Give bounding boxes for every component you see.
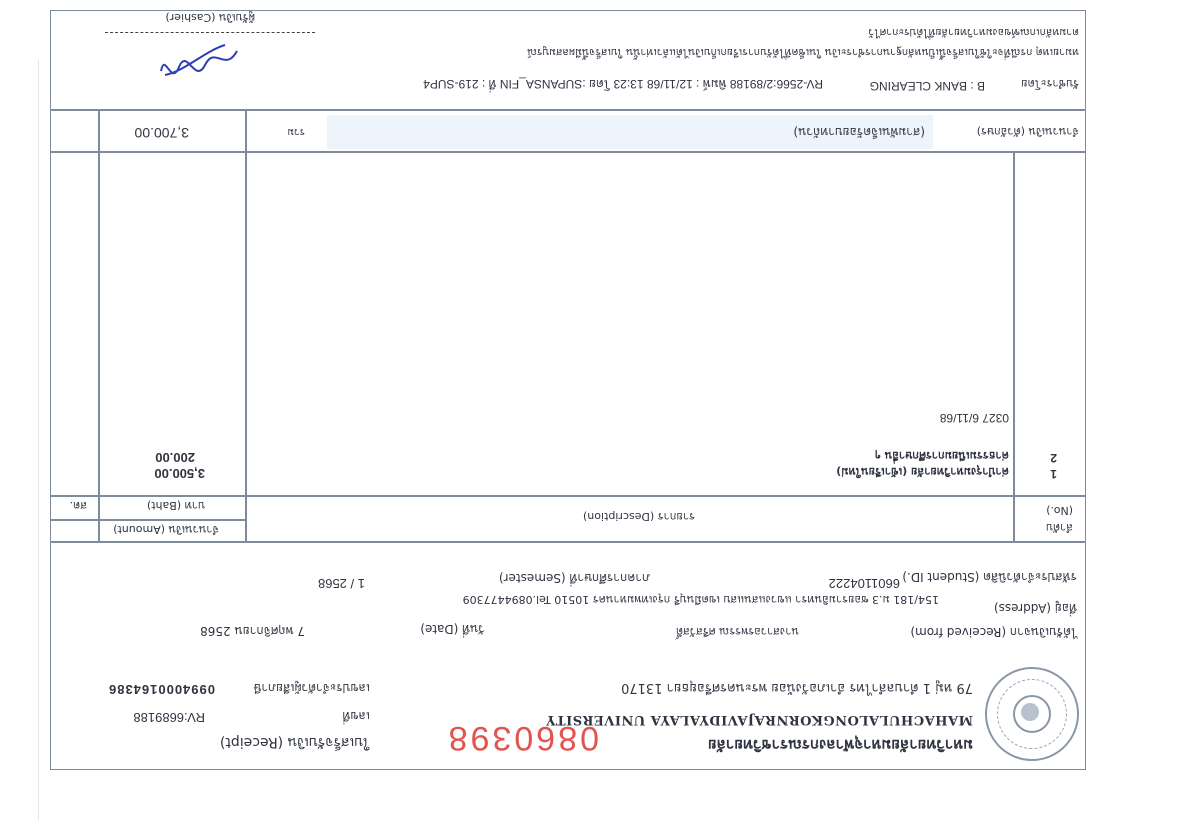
payment-method-label: รับชำระโดย [1021, 75, 1079, 93]
semester-value: 1 / 2568 [318, 576, 365, 591]
row-description: ค่าธรรมเนียมการศึกษาอื่น ๆ [875, 447, 1009, 465]
received-from-label: ได้รับเงินจาก (Received from) [910, 622, 1077, 641]
column-description: รายการ (Description) [583, 508, 695, 526]
receipt-sheet: มหาวิทยาลัยมหาจุฬาลงกรณราชวิทยาลัย 08603… [50, 10, 1086, 770]
column-satang: สต. [70, 497, 87, 515]
cashier-signature-icon [155, 37, 245, 81]
note-line-2: ตามหลักเกณฑ์ของมหาวิทยาลัยที่ได้ประกาศไว… [868, 24, 1079, 41]
column-no-th: ลำดับ [1046, 519, 1073, 537]
receipt-title: ใบเสร็จรับเงิน (Receipt) [220, 731, 370, 753]
student-id-value: 6601104222 [829, 576, 900, 591]
column-no-en: (No.) [1046, 504, 1073, 517]
payment-reference: RV-2566:2/89188 พิมพ์ : 12/11/68 13:23 โ… [423, 74, 823, 93]
total-value: 3,700.00 [135, 125, 190, 141]
column-amount: จำนวนเงิน (Amount) [113, 521, 219, 539]
column-baht: บาท (Baht) [147, 497, 205, 515]
row-amount: 200.00 [155, 450, 195, 465]
amount-in-words-label: จำนวนเงิน (ตัวอักษร) [977, 123, 1079, 141]
row-amount: 3,500.00 [154, 466, 205, 481]
semester-label: ภาคการศึกษาที่ (Semester) [499, 568, 650, 587]
payment-note: 0327 6/11/68 [940, 411, 1009, 425]
address-value: 154/181 ม.3 ซอยรามอินทรา แขวงแสนแสบ เขตม… [463, 591, 939, 609]
date-label: วันที่ (Date) [420, 619, 485, 638]
note-line-1: หมายเหตุ กรณีที่จะใช้ใบเสร็จนี้เป็นหลักฐ… [527, 44, 1079, 61]
university-seal-icon [985, 667, 1079, 761]
amount-in-words: (สามพันเจ็ดร้อยบาทถ้วน) [793, 122, 925, 141]
university-address: 79 หมู่ 1 ตำบลลำไทร อำเภอวังน้อย พระนครศ… [621, 678, 973, 699]
rotated-scan: มหาวิทยาลัยมหาจุฬาลงกรณราชวิทยาลัย 08603… [0, 0, 1190, 839]
received-from-value: นางสาวอรพรรณ ศรีสวัสดิ์ [676, 623, 799, 641]
cashier-label: ผู้รับเงิน (Cashier) [165, 9, 255, 27]
row-description: ค่าบำรุงมหาวิทยาลัย (เข้าเรียนใหม่) [836, 463, 1009, 481]
address-label: ที่อยู่ (Address) [994, 598, 1077, 617]
number-value: RV:6689188 [133, 710, 205, 725]
number-label: เลขที่ [342, 706, 370, 725]
university-name-th: มหาวิทยาลัยมหาจุฬาลงกรณราชวิทยาลัย [708, 733, 973, 757]
date-value: 7 พฤศจิกายน 2568 [200, 621, 305, 640]
total-label: รวม [287, 124, 305, 139]
university-name-en: MAHACHULALONGKORNRAJAVIDYALAYA UNIVERSIT… [546, 712, 973, 727]
payment-method-value: B : BANK CLEARING [870, 79, 985, 93]
signature-line [105, 32, 315, 33]
tax-id-value: 0994000164386 [108, 682, 215, 697]
tax-id-label: เลขประจำตัวผู้เสียภาษี [253, 678, 370, 697]
student-id-label: รหัสประจำตัวนิสิต (Student ID.) [902, 567, 1077, 586]
